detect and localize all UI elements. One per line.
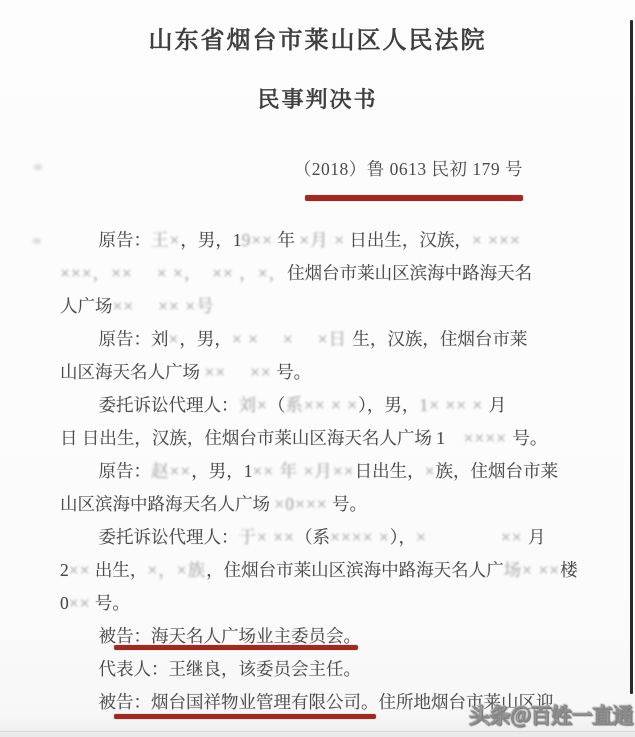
redacted-text-segment: × ××× (472, 230, 521, 250)
redacted-text-segment: × (169, 329, 180, 349)
text-segment: 委托诉讼代理人： (99, 395, 239, 415)
text-line: 山区滨海中路海天名人广场 ×0××× 号。 (60, 488, 579, 521)
redacted-text-segment: 场× ×× (504, 560, 560, 580)
redacted-text-segment: ×，×族 (147, 560, 206, 580)
text-segment: 族，住烟台市莱 (435, 461, 558, 481)
scan-artifact (33, 238, 41, 244)
text-segment: 号。 (328, 494, 367, 514)
photo-bottom-edge (0, 731, 635, 737)
text-line: 原告：赵××，男，1×× 年 ×月××日出生，×族，住烟台市莱 (60, 455, 579, 488)
redacted-text-segment: ×× (69, 593, 91, 613)
redacted-text-segment: 于× ×× (239, 527, 295, 547)
text-line: 山区海天名人广场 ×× ×× 号。 (60, 356, 579, 389)
redacted-text-segment: ×× 年 ×月×× (253, 461, 355, 481)
case-number: （2018）鲁 0613 民初 179 号 (0, 156, 523, 181)
text-segment: ）， (390, 527, 416, 547)
text-segment: ，住烟台市莱山区滨海中路海天名人广 (206, 560, 504, 580)
case-number-red-underline (305, 195, 523, 201)
scan-edge-line (630, 20, 633, 694)
text-line: 2×× 出生，×，×族，住烟台市莱山区滨海中路海天名人广场× ××楼 (60, 554, 579, 587)
text-segment: 委托诉讼代理人： (99, 527, 239, 547)
text-segment: 日出生， (355, 461, 425, 481)
text-segment: 原告：刘 (99, 329, 169, 349)
toutiao-watermark: 头条＠百姓一直通 (469, 700, 633, 730)
court-title: 山东省烟台市莱山区人民法院 (0, 20, 635, 55)
text-line: ×××，×× × ×， ×× ，×，住烟台市莱山区滨海中路海天名 (60, 257, 579, 290)
text-segment: 楼 (560, 560, 578, 580)
redacted-text-segment: ×× ×× (204, 362, 271, 382)
litigation-agent-2: 委托诉讼代理人：于× ××（系×××× ×），× ×× 月2×× 出生，×，×族… (60, 521, 579, 620)
doc-type-title: 民事判决书 (0, 83, 635, 114)
redacted-text-segment: ×× (69, 560, 91, 580)
litigation-agent-1: 委托诉讼代理人：刘×（系×× × ×），男，1× ×× × 月日 日出生，汉族，… (60, 389, 579, 455)
redacted-text-segment: ×月 × (299, 230, 345, 250)
redacted-text-segment: × ×× (416, 527, 528, 547)
redacted-text-segment: 9×× (242, 230, 274, 250)
text-line: 原告：王×，男，19×× 年 ×月 × 日出生，汉族，× ××× (60, 224, 579, 257)
text-segment: ，男， (179, 329, 232, 349)
text-segment: 山区滨海中路海天名人广场 (60, 494, 274, 514)
text-segment: 日 日出生，汉族，住烟台市莱山区海天名人广场 1 (60, 428, 445, 448)
text-segment: 人广场 (60, 296, 113, 316)
redacted-text-segment: ×0××× (274, 494, 327, 514)
scan-artifact (34, 164, 42, 170)
text-segment: 住烟台市莱山区滨海中路海天名 (287, 263, 532, 283)
text-segment: ，男，1 (191, 461, 252, 481)
text-segment: （系 (295, 527, 330, 547)
representative: 代表人：王继良，该委员会主任。 (60, 653, 579, 686)
defendant-1-red-underline (114, 645, 358, 650)
text-line: 日 日出生，汉族，住烟台市莱山区海天名人广场 1 ×××× 号。 (60, 422, 579, 455)
defendant-2-red-underline (114, 714, 376, 719)
text-segment: 月 (528, 527, 546, 547)
text-segment: 月 (489, 395, 507, 415)
text-segment: 代表人：王继良，该委员会主任。 (99, 659, 362, 679)
redacted-text-segment: 刘× (239, 395, 268, 415)
text-segment: 山区海天名人广场 (60, 362, 204, 382)
plaintiff-1: 原告：王×，男，19×× 年 ×月 × 日出生，汉族，× ××××××，×× ×… (60, 224, 579, 323)
text-segment: 2 (60, 560, 69, 580)
redacted-text-segment: × × × ×日 (232, 329, 352, 349)
redacted-text-segment: 赵×× (151, 461, 191, 481)
text-segment: ，男，1 (180, 230, 241, 250)
text-segment: 号。 (512, 428, 547, 448)
text-segment: 出生， (91, 560, 148, 580)
text-line: 0×× 号。 (60, 587, 579, 620)
text-segment: 0 (60, 593, 69, 613)
redacted-text-segment: 1× ×× × (419, 395, 488, 415)
redacted-text-segment: ×××× (445, 428, 512, 448)
text-segment: 原告： (99, 461, 152, 481)
text-segment: 被告：海天名人广场业主委员会。 (99, 626, 362, 646)
text-line: 委托诉讼代理人：刘×（系×× × ×），男，1× ×× × 月 (60, 389, 579, 422)
redacted-text-segment: ×××，×× × ×， ×× ，×， (60, 263, 287, 283)
text-segment: ），男， (358, 395, 419, 415)
text-line: 原告：刘×，男，× × × ×日 生，汉族，住烟台市莱 (60, 323, 579, 356)
text-segment: 号。 (272, 362, 311, 382)
redacted-text-segment: 系×× × × (285, 395, 358, 415)
text-segment: 年 (273, 230, 299, 250)
text-line: 代表人：王继良，该委员会主任。 (60, 653, 579, 686)
redacted-text-segment: × (425, 461, 436, 481)
text-line: 人广场×× ×× ×号 (60, 290, 579, 323)
text-segment: 生，汉族，住烟台市莱 (352, 329, 527, 349)
document-page: 山东省烟台市莱山区人民法院 民事判决书 （2018）鲁 0613 民初 179 … (0, 0, 635, 737)
redacted-text-segment: ×× ×× ×号 (113, 296, 215, 316)
text-line: 委托诉讼代理人：于× ××（系×××× ×），× ×× 月 (60, 521, 579, 554)
text-segment: 原告： (99, 230, 152, 250)
text-segment: 号。 (91, 593, 130, 613)
plaintiff-3: 原告：赵××，男，1×× 年 ×月××日出生，×族，住烟台市莱山区滨海中路海天名… (60, 455, 579, 521)
text-segment: 日出生，汉族， (345, 230, 472, 250)
redacted-text-segment: 王× (151, 230, 180, 250)
plaintiff-2: 原告：刘×，男，× × × ×日 生，汉族，住烟台市莱山区海天名人广场 ×× ×… (60, 323, 579, 389)
text-segment: （ (268, 395, 286, 415)
redacted-text-segment: ×××× × (330, 527, 390, 547)
